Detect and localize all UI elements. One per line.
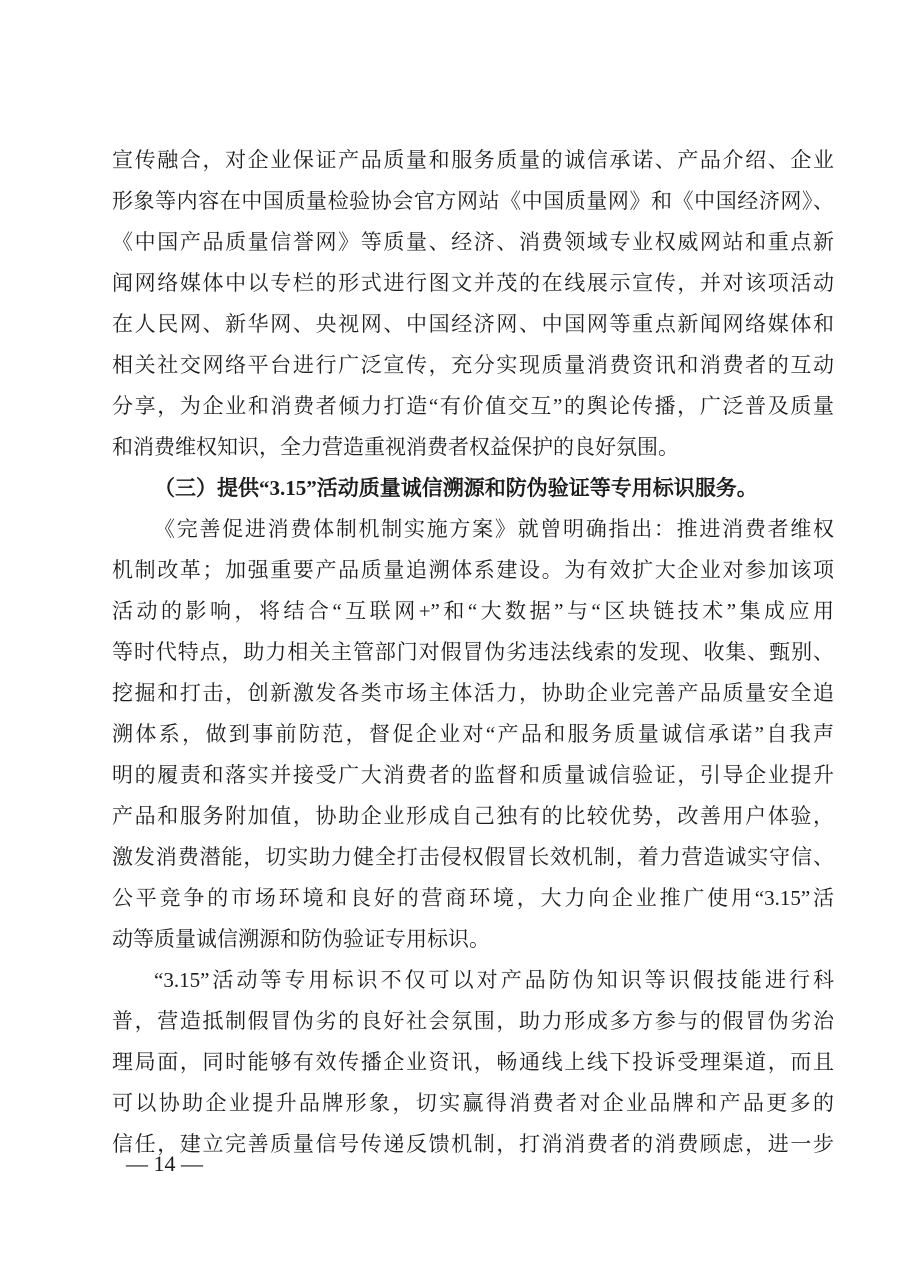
body-text-line: 等时代特点，助力相关主管部门对假冒伪劣违法线索的发现、收集、甄别、 <box>112 632 834 673</box>
body-text-line: 宣传融合，对企业保证产品质量和服务质量的诚信承诺、产品介绍、企业 <box>112 140 834 181</box>
body-text-line: 动等质量诚信溯源和防伪验证专用标识。 <box>112 919 834 960</box>
page-footer: — 14 — <box>126 1148 203 1180</box>
body-text-line: 形象等内容在中国质量检验协会官方网站《中国质量网》和《中国经济网》、 <box>112 181 834 222</box>
body-text-line: 闻网络媒体中以专栏的形式进行图文并茂的在线展示宣传，并对该项活动 <box>112 263 834 304</box>
body-text-line: 机制改革；加强重要产品质量追溯体系建设。为有效扩大企业对参加该项 <box>112 550 834 591</box>
section-heading: （三）提供“3.15”活动质量诚信溯源和防伪验证等专用标识服务。 <box>112 468 834 509</box>
body-text-line: 明的履责和落实并接受广大消费者的监督和质量诚信验证，引导企业提升 <box>112 755 834 796</box>
body-text-line: 普，营造抵制假冒伪劣的良好社会氛围，助力形成多方参与的假冒伪劣治 <box>112 1001 834 1042</box>
body-text-line: 和消费维权知识，全力营造重视消费者权益保护的良好氛围。 <box>112 427 834 468</box>
body-text-line: 相关社交网络平台进行广泛宣传，充分实现质量消费资讯和消费者的互动 <box>112 345 834 386</box>
page-number: — 14 — <box>126 1151 203 1176</box>
body-text-line: 信任，建立完善质量信号传递反馈机制，打消消费者的消费顾虑，进一步 <box>112 1124 834 1165</box>
body-text-line: 可以协助企业提升品牌形象，切实赢得消费者对企业品牌和产品更多的 <box>112 1083 834 1124</box>
body-text-line: 分享，为企业和消费者倾力打造“有价值交互”的舆论传播，广泛普及质量 <box>112 386 834 427</box>
body-text-line: 理局面，同时能够有效传播企业资讯，畅通线上线下投诉受理渠道，而且 <box>112 1042 834 1083</box>
body-text-line: 在人民网、新华网、央视网、中国经济网、中国网等重点新闻网络媒体和 <box>112 304 834 345</box>
body-text-line: 活动的影响，将结合“互联网+”和“大数据”与“区块链技术”集成应用 <box>112 591 834 632</box>
body-text-line: 激发消费潜能，切实助力健全打击侵权假冒长效机制，着力营造诚实守信、 <box>112 837 834 878</box>
body-text-line: 溯体系，做到事前防范，督促企业对“产品和服务质量诚信承诺”自我声 <box>112 714 834 755</box>
body-text-line: 产品和服务附加值，协助企业形成自己独有的比较优势，改善用户体验， <box>112 796 834 837</box>
body-text-line: 公平竞争的市场环境和良好的营商环境，大力向企业推广使用“3.15”活 <box>112 878 834 919</box>
body-text-line: 《完善促进消费体制机制实施方案》就曾明确指出：推进消费者维权 <box>112 509 834 550</box>
document-page: 宣传融合，对企业保证产品质量和服务质量的诚信承诺、产品介绍、企业形象等内容在中国… <box>0 0 900 1273</box>
body-text-line: 挖掘和打击，创新激发各类市场主体活力，协助企业完善产品质量安全追 <box>112 673 834 714</box>
body-text-line: “3.15”活动等专用标识不仅可以对产品防伪知识等识假技能进行科 <box>112 960 834 1001</box>
document-lines: 宣传融合，对企业保证产品质量和服务质量的诚信承诺、产品介绍、企业形象等内容在中国… <box>112 140 834 1165</box>
body-text-line: 《中国产品质量信誉网》等质量、经济、消费领域专业权威网站和重点新 <box>112 222 834 263</box>
